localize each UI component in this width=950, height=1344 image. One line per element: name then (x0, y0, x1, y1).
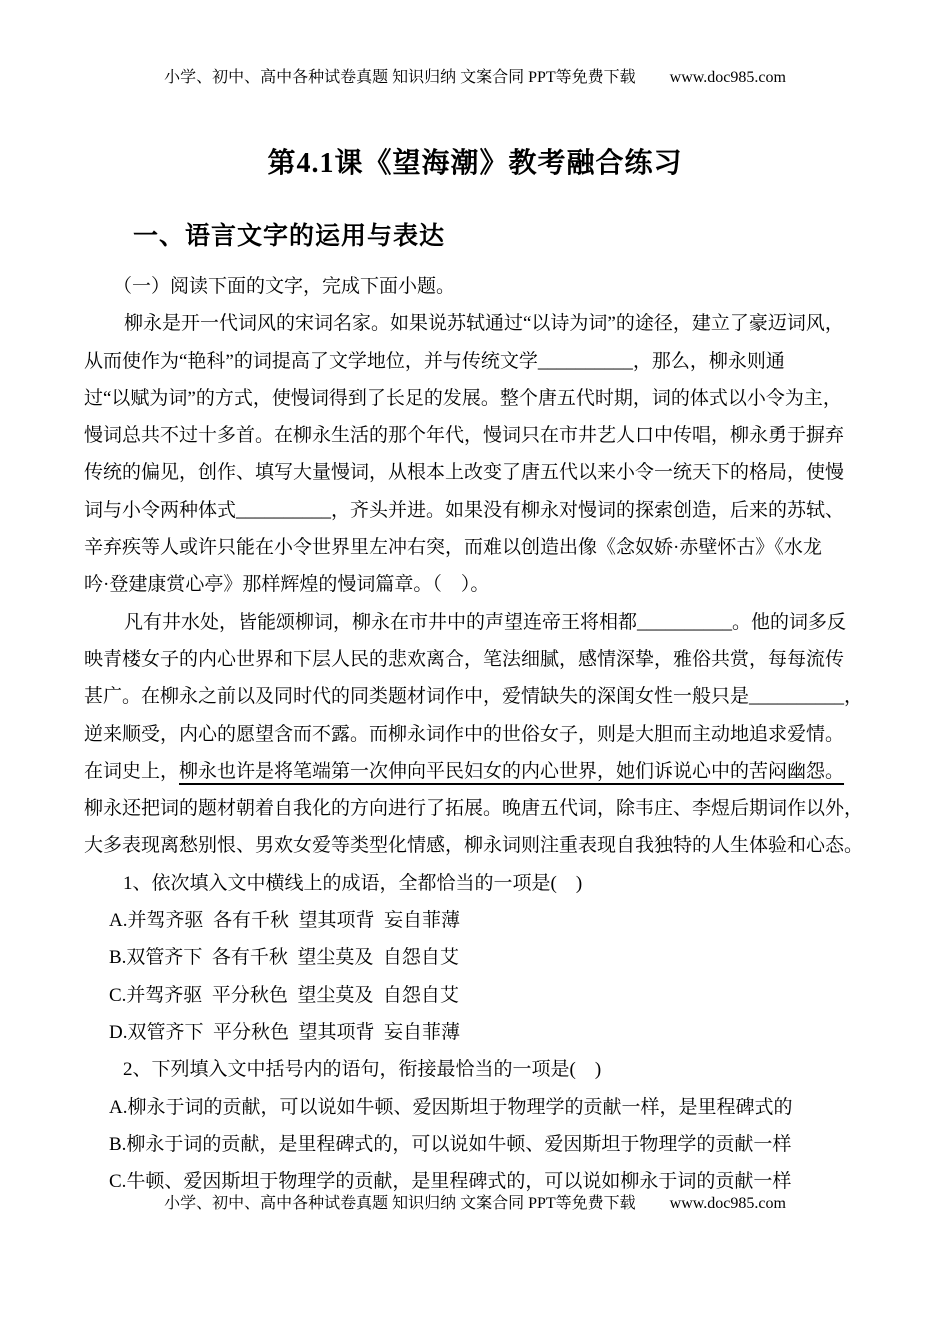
page-header: 小学、初中、高中各种试卷真题 知识归纳 文案合同 PPT等免费下载www.doc… (0, 64, 950, 87)
question2-option-a: A.柳永于词的贡献，可以说如牛顿、爱因斯坦于物理学的贡献一样，是里程碑式的 (84, 1089, 868, 1126)
footer-site-slogan: 小学、初中、高中各种试卷真题 知识归纳 文案合同 PPT等免费下载 (164, 1195, 636, 1212)
question1-option-c: C.并驾齐驱 平分秋色 望尘莫及 自怨自艾 (84, 977, 868, 1014)
question1-stem: 1、依次填入文中横线上的成语，全都恰当的一项是( ) (84, 865, 868, 902)
paragraph2-line-5: 在词史上，柳永也许是将笔端第一次伸向平民妇女的内心世界，她们诉说心中的苦闷幽怨。 (84, 753, 868, 790)
plain-text-segment: 在词史上， (84, 761, 179, 782)
section-heading: 一、语言文字的运用与表达 (133, 216, 445, 252)
paragraph1-line-8: 吟·登建康赏心亭》那样辉煌的慢词篇章。（ ）。 (84, 566, 868, 603)
header-site-slogan: 小学、初中、高中各种试卷真题 知识归纳 文案合同 PPT等免费下载 (164, 69, 636, 86)
paragraph1-line-4: 慢词总共不过十多首。在柳永生活的那个年代，慢词只在市井艺人口中传唱，柳永勇于摒弃 (84, 417, 868, 454)
intro-line: （一）阅读下面的文字，完成下面小题。 (84, 268, 868, 305)
paragraph1-line-6: 词与小令两种体式__________，齐头并进。如果没有柳永对慢词的探索创造，后… (84, 492, 868, 529)
question1-option-b: B.双管齐下 各有千秋 望尘莫及 自怨自艾 (84, 939, 868, 976)
question1-option-d: D.双管齐下 平分秋色 望其项背 妄自菲薄 (84, 1014, 868, 1051)
paragraph2-line-7: 大多表现离愁别恨、男欢女爱等类型化情感，柳永词则注重表现自我独特的人生体验和心态… (84, 827, 868, 864)
underlined-sentence: 柳永也许是将笔端第一次伸向平民妇女的内心世界，她们诉说心中的苦闷幽怨。 (179, 761, 844, 782)
page-footer: 小学、初中、高中各种试卷真题 知识归纳 文案合同 PPT等免费下载www.doc… (0, 1190, 950, 1213)
document-body: （一）阅读下面的文字，完成下面小题。 柳永是开一代词风的宋词名家。如果说苏轼通过… (84, 268, 868, 1200)
paragraph1-line-2: 从而使作为“艳科”的词提高了文学地位，并与传统文学__________，那么，柳… (84, 343, 868, 380)
page-title: 第4.1课《望海潮》教考融合练习 (0, 141, 950, 181)
paragraph2-line-2: 映青楼女子的内心世界和下层人民的悲欢离合，笔法细腻，感情深挚，雅俗共赏，每每流传 (84, 641, 868, 678)
paragraph2-line-4: 逆来顺受，内心的愿望含而不露。而柳永词作中的世俗女子，则是大胆而主动地追求爱情。 (84, 716, 868, 753)
paragraph1-line-1: 柳永是开一代词风的宋词名家。如果说苏轼通过“以诗为词”的途径，建立了豪迈词风， (84, 305, 868, 342)
paragraph2-line-1: 凡有井水处，皆能颂柳词，柳永在市井中的声望连帝王将相都__________。他的… (84, 604, 868, 641)
header-site-url: www.doc985.com (670, 69, 786, 86)
question2-stem: 2、下列填入文中括号内的语句，衔接最恰当的一项是( ) (84, 1051, 868, 1088)
document-page: 小学、初中、高中各种试卷真题 知识归纳 文案合同 PPT等免费下载www.doc… (0, 0, 950, 1344)
paragraph1-line-3: 过“以赋为词”的方式，使慢词得到了长足的发展。整个唐五代时期，词的体式以小令为主… (84, 380, 868, 417)
question1-option-a: A.并驾齐驱 各有千秋 望其项背 妄自菲薄 (84, 902, 868, 939)
paragraph2-line-3: 甚广。在柳永之前以及同时代的同类题材词作中，爱情缺失的深闺女性一般只是_____… (84, 678, 868, 715)
paragraph1-line-7: 辛弃疾等人或许只能在小令世界里左冲右突，而难以创造出像《念奴娇·赤壁怀古》《水龙 (84, 529, 868, 566)
paragraph2-line-6: 柳永还把词的题材朝着自我化的方向进行了拓展。晚唐五代词，除韦庄、李煜后期词作以外… (84, 790, 868, 827)
footer-site-url: www.doc985.com (670, 1195, 786, 1212)
paragraph1-line-5: 传统的偏见，创作、填写大量慢词，从根本上改变了唐五代以来小令一统天下的格局，使慢 (84, 454, 868, 491)
question2-option-b: B.柳永于词的贡献，是里程碑式的，可以说如牛顿、爱因斯坦于物理学的贡献一样 (84, 1126, 868, 1163)
